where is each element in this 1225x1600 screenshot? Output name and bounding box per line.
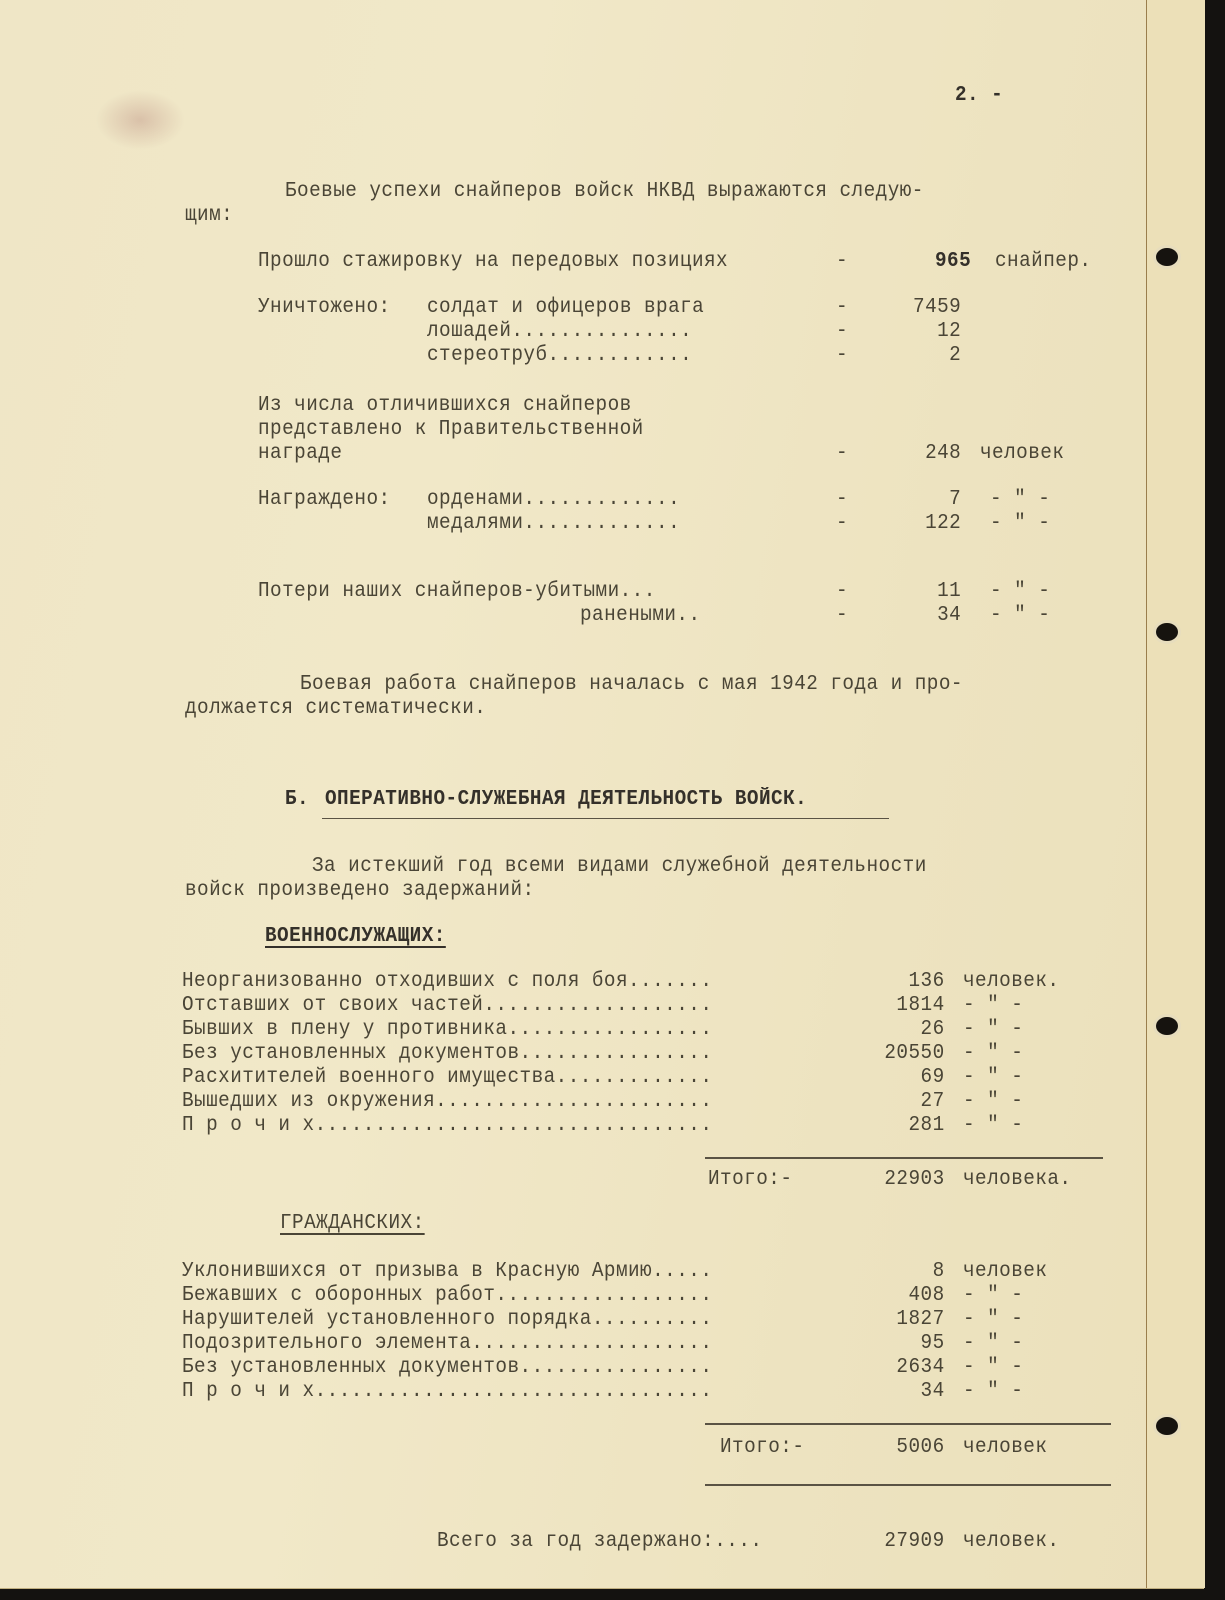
conclusion-line2: должается систематически. bbox=[185, 697, 486, 721]
punch-hole-icon bbox=[1156, 1417, 1178, 1435]
heading-underline bbox=[322, 818, 889, 819]
table-row-label: Бежавших с оборонных работ..............… bbox=[182, 1284, 712, 1308]
table-row-label: Без установленных документов............… bbox=[182, 1356, 712, 1380]
nominated-unit: человек bbox=[980, 442, 1064, 466]
losses-killed-unit: - " - bbox=[990, 580, 1050, 604]
internship-unit: снайпер. bbox=[995, 250, 1091, 274]
detentions-intro-line1: За истекший год всеми видами служебной д… bbox=[312, 855, 927, 879]
detentions-intro-line2: войск произведено задержаний: bbox=[185, 879, 535, 903]
stain-mark bbox=[95, 90, 185, 150]
table-row-unit: - " - bbox=[963, 1114, 1023, 1138]
table-row-unit: - " - bbox=[963, 1332, 1023, 1356]
nominated-line1: Из числа отличившихся снайперов bbox=[258, 394, 632, 418]
table-row-value: 2634 bbox=[860, 1356, 945, 1380]
civilian-total-value: 5006 bbox=[860, 1436, 945, 1460]
losses-wounded-unit: - " - bbox=[990, 604, 1050, 628]
table-row-value: 281 bbox=[860, 1114, 945, 1138]
table-row-label: П р о ч и х.............................… bbox=[182, 1380, 712, 1404]
nominated-dash: - bbox=[836, 442, 848, 466]
awarded-item-unit: - " - bbox=[990, 488, 1050, 512]
destroyed-item-dash: - bbox=[836, 344, 848, 368]
table-row-label: Без установленных документов............… bbox=[182, 1042, 712, 1066]
nominated-line2: представлено к Правительственной bbox=[258, 418, 644, 442]
table-row-unit: - " - bbox=[963, 1066, 1023, 1090]
table-row-unit: человек. bbox=[963, 970, 1059, 994]
table-row-label: Неорганизованно отходивших с поля боя...… bbox=[182, 970, 712, 994]
internship-label: Прошло стажировку на передовых позициях bbox=[258, 250, 728, 274]
table-row-unit: - " - bbox=[963, 1090, 1023, 1114]
table-row-value: 1814 bbox=[860, 994, 945, 1018]
grand-total-label: Всего за год задержано:.... bbox=[437, 1530, 762, 1554]
destroyed-item-label: стереотруб............ bbox=[427, 344, 692, 368]
table-row-value: 34 bbox=[860, 1380, 945, 1404]
awarded-item-label: орденами............. bbox=[427, 488, 680, 512]
military-total-value: 22903 bbox=[860, 1168, 945, 1192]
awarded-label: Награждено: bbox=[258, 488, 391, 512]
page-number: 2. - bbox=[955, 84, 1003, 108]
table-row-value: 20550 bbox=[860, 1042, 945, 1066]
table-row-unit: - " - bbox=[963, 1018, 1023, 1042]
table-row-value: 95 bbox=[860, 1332, 945, 1356]
table-row-value: 136 bbox=[860, 970, 945, 994]
awarded-item-dash: - bbox=[836, 512, 848, 536]
table-row-unit: - " - bbox=[963, 1284, 1023, 1308]
destroyed-item-dash: - bbox=[836, 296, 848, 320]
destroyed-item-label: солдат и офицеров врага bbox=[427, 296, 704, 320]
table-row-label: Вышедших из окружения...................… bbox=[182, 1090, 712, 1114]
awarded-item-value: 7 bbox=[895, 488, 961, 512]
military-total-unit: человека. bbox=[963, 1168, 1071, 1192]
punch-hole-icon bbox=[1156, 1017, 1178, 1035]
losses-killed-dash: - bbox=[836, 580, 848, 604]
table-row-label: Отставших от своих частей...............… bbox=[182, 994, 712, 1018]
losses-wounded-dash: - bbox=[836, 604, 848, 628]
section-b-letter: Б. bbox=[285, 788, 309, 812]
table-row-unit: - " - bbox=[963, 1380, 1023, 1404]
table-row-value: 408 bbox=[860, 1284, 945, 1308]
civilian-total-unit: человек bbox=[963, 1436, 1047, 1460]
punch-hole-icon bbox=[1156, 623, 1178, 641]
binding-strip bbox=[1146, 0, 1205, 1588]
total-rule bbox=[705, 1157, 1103, 1159]
destroyed-item-dash: - bbox=[836, 320, 848, 344]
table-row-unit: человек bbox=[963, 1260, 1047, 1284]
losses-wounded-label: ранеными.. bbox=[580, 604, 701, 628]
losses-killed-value: 11 bbox=[895, 580, 961, 604]
punch-hole-icon bbox=[1156, 248, 1178, 266]
table-row-label: Нарушителей установленного порядка......… bbox=[182, 1308, 712, 1332]
awarded-item-dash: - bbox=[836, 488, 848, 512]
table-row-label: Бывших в плену у противника.............… bbox=[182, 1018, 712, 1042]
grand-total-value: 27909 bbox=[860, 1530, 945, 1554]
civilian-total-label: Итого:- bbox=[720, 1436, 804, 1460]
table-row-label: П р о ч и х.............................… bbox=[182, 1114, 712, 1138]
table-row-value: 69 bbox=[860, 1066, 945, 1090]
awarded-item-unit: - " - bbox=[990, 512, 1050, 536]
table-row-value: 1827 bbox=[860, 1308, 945, 1332]
total-rule bbox=[705, 1484, 1111, 1486]
destroyed-item-value: 7459 bbox=[895, 296, 961, 320]
total-rule bbox=[705, 1423, 1111, 1425]
losses-wounded-value: 34 bbox=[895, 604, 961, 628]
sniper-intro-line1: Боевые успехи снайперов войск НКВД выраж… bbox=[285, 180, 924, 204]
table-row-unit: - " - bbox=[963, 1356, 1023, 1380]
table-row-unit: - " - bbox=[963, 1042, 1023, 1066]
nominated-value: 248 bbox=[895, 442, 961, 466]
table-row-unit: - " - bbox=[963, 994, 1023, 1018]
destroyed-item-label: лошадей............... bbox=[427, 320, 692, 344]
table-row-value: 27 bbox=[860, 1090, 945, 1114]
sniper-intro-line2: щим: bbox=[185, 204, 233, 228]
table-row-label: Уклонившихся от призыва в Красную Армию.… bbox=[182, 1260, 712, 1284]
internship-value: 965 bbox=[935, 250, 971, 274]
section-b-heading: ОПЕРАТИВНО-СЛУЖЕБНАЯ ДЕЯТЕЛЬНОСТЬ ВОЙСК. bbox=[325, 788, 807, 812]
destroyed-label: Уничтожено: bbox=[258, 296, 391, 320]
awarded-item-label: медалями............. bbox=[427, 512, 680, 536]
conclusion-line1: Боевая работа снайперов началась с мая 1… bbox=[300, 673, 963, 697]
table-row-unit: - " - bbox=[963, 1308, 1023, 1332]
military-total-label: Итого:- bbox=[708, 1168, 792, 1192]
table-row-label: Расхитителей военного имущества.........… bbox=[182, 1066, 712, 1090]
table-row-value: 8 bbox=[860, 1260, 945, 1284]
destroyed-item-value: 12 bbox=[895, 320, 961, 344]
military-heading: ВОЕННОСЛУЖАЩИХ: bbox=[265, 925, 446, 949]
civilian-heading: ГРАЖДАНСКИХ: bbox=[280, 1212, 425, 1236]
table-row-label: Подозрительного элемента................… bbox=[182, 1332, 712, 1356]
internship-dash: - bbox=[836, 250, 848, 274]
awarded-item-value: 122 bbox=[895, 512, 961, 536]
losses-killed-label: Потери наших снайперов-убитыми... bbox=[258, 580, 656, 604]
grand-total-unit: человек. bbox=[963, 1530, 1059, 1554]
table-row-value: 26 bbox=[860, 1018, 945, 1042]
nominated-line3: награде bbox=[258, 442, 342, 466]
destroyed-item-value: 2 bbox=[895, 344, 961, 368]
